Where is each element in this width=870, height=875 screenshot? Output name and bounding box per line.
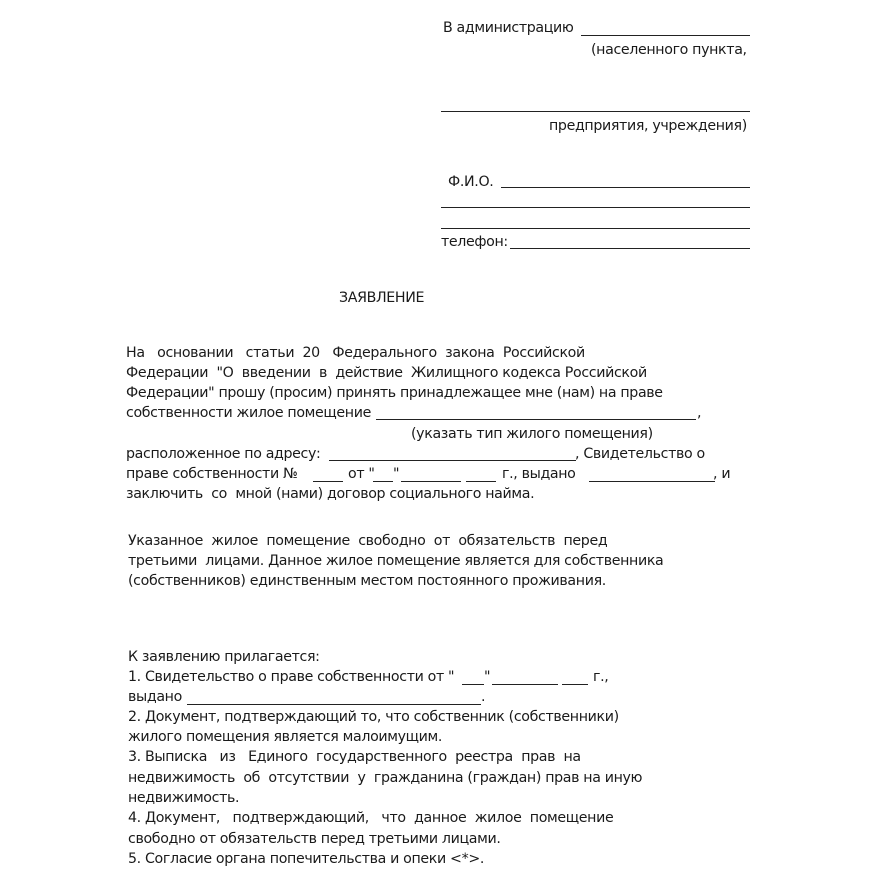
housing-type-field[interactable]	[376, 419, 696, 420]
certificate-number-label: праве собственности №	[126, 464, 297, 484]
attachment-3-cont: недвижимость.	[128, 788, 239, 808]
fio-field-line-3[interactable]	[441, 228, 750, 229]
certificate-number-field[interactable]	[313, 481, 343, 482]
and-label: , и	[713, 464, 730, 484]
para1-line: собственности жилое помещение	[126, 403, 371, 423]
housing-type-hint: (указать тип жилого помещения)	[411, 424, 653, 444]
para1-line: На основании статьи 20 Федерального зако…	[126, 343, 585, 363]
attachment-2-cont: жилого помещения является малоимущим.	[128, 727, 442, 747]
address-field[interactable]	[329, 460, 576, 461]
quote: "	[484, 667, 490, 687]
para2-line: Указанное жилое помещение свободно от об…	[128, 531, 607, 551]
attachment-2: 2. Документ, подтверждающий то, что собс…	[128, 707, 619, 727]
attachment-3: 3. Выписка из Единого государственного р…	[128, 747, 581, 767]
attachment-1: 1. Свидетельство о праве собственности о…	[128, 667, 454, 687]
enterprise-field[interactable]	[441, 111, 750, 112]
year-suffix: г.,	[593, 667, 608, 687]
certificate-year-field[interactable]	[466, 481, 496, 482]
para2-line: (собственников) единственным местом пост…	[128, 571, 606, 591]
quote: "	[393, 464, 399, 484]
attachment-3-cont: недвижимость об отсутствии у гражданина …	[128, 768, 642, 788]
issued-by-field[interactable]	[589, 481, 715, 482]
para1-line: заключить со мной (нами) договор социаль…	[126, 484, 534, 504]
phone-field[interactable]	[510, 248, 750, 249]
fio-field-line-2[interactable]	[441, 207, 750, 208]
from-label: от "	[348, 464, 375, 484]
admin-field[interactable]	[581, 35, 750, 36]
attachment-issued-by-field[interactable]	[187, 704, 481, 705]
attachment-5: 5. Согласие органа попечительства и опек…	[128, 849, 484, 869]
para1-line: Федерации "О введении в действие Жилищно…	[126, 363, 647, 383]
address-label: расположенное по адресу:	[126, 444, 320, 464]
settlement-hint: (населенного пункта,	[591, 40, 747, 60]
para1-line: Федерации" прошу (просим) принять принад…	[126, 383, 663, 403]
fio-field[interactable]	[501, 187, 750, 188]
page-title: ЗАЯВЛЕНИЕ	[339, 288, 424, 308]
para2-line: третьими лицами. Данное жилое помещение …	[128, 551, 663, 571]
attachment-4: 4. Документ, подтверждающий, что данное …	[128, 808, 613, 828]
attachment-month-field[interactable]	[492, 684, 558, 685]
period: .	[481, 687, 485, 707]
to-admin-label: В администрацию	[443, 18, 574, 38]
issued-label: г., выдано	[502, 464, 576, 484]
enterprise-hint: предприятия, учреждения)	[549, 116, 747, 136]
comma: ,	[697, 403, 701, 423]
attachment-day-field[interactable]	[462, 684, 484, 685]
fio-label: Ф.И.О.	[448, 172, 493, 192]
phone-label: телефон:	[441, 232, 508, 252]
certificate-label: , Свидетельство о	[575, 444, 705, 464]
attachment-year-field[interactable]	[562, 684, 588, 685]
issued-label: выдано	[128, 687, 182, 707]
certificate-day-field[interactable]	[373, 481, 393, 482]
attachments-heading: К заявлению прилагается:	[128, 647, 320, 667]
certificate-month-field[interactable]	[401, 481, 461, 482]
attachment-4-cont: свободно от обязательств перед третьими …	[128, 829, 501, 849]
